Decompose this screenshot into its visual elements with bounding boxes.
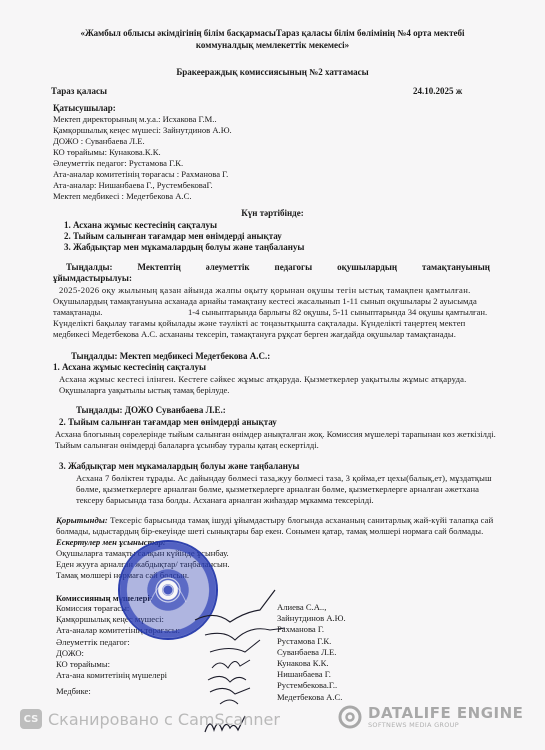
section1-paragraph-line: тамақтанады. <box>53 307 102 318</box>
participant-item: Мектеп директорының м.у.а.: Исхакова Г.М… <box>53 114 232 125</box>
section1-paragraph-line: 2025-2026 оқу жылының қазан айында жалпы… <box>59 285 503 296</box>
heard-word: Тыңдалды: <box>66 262 113 273</box>
datalife-logo-icon <box>338 705 362 729</box>
participant-item: Әлеуметтік педагог: Рустамова Г.К. <box>53 158 232 169</box>
heard-word: Мектептің <box>137 262 180 273</box>
conclusion-label: Қорытынды: <box>56 515 108 525</box>
document-date: 24.10.2025 ж <box>413 86 462 97</box>
organization-name-line2: коммуналдық мемлекеттік мекемесі» <box>0 40 545 51</box>
agenda-item: 3. Жабдықтар мен мұкамалардың болуы және… <box>64 242 304 253</box>
conclusion-text: Тексеріс барысында тамақ ішуді ұйымдасты… <box>108 515 493 525</box>
commission-role: КО төрайымы: <box>56 659 180 670</box>
organization-name-line1: «Жамбыл облысы әкімдігінің білім басқарм… <box>0 28 545 39</box>
section3-paragraph-line: Тыйым салынған өнімдерді балаларға ұсынб… <box>55 440 319 451</box>
heard-word: педагогы <box>275 262 313 273</box>
camscanner-watermark: CS Сканировано с CamScanner <box>20 706 280 732</box>
section1-paragraph-line: 1-4 сыныптарында барлығы 82 оқушы, 5-11 … <box>188 307 487 318</box>
section1-paragraph-line: Оқушылардың тамақтануына асханада арнайы… <box>53 296 477 307</box>
section1-heard-line: Тыңдалды: Мектептің әлеуметтік педагогы … <box>66 262 490 273</box>
camscanner-text: Сканировано с CamScanner <box>48 710 280 729</box>
section4-paragraph-line: Асхана 7 бөліктен тұрады. Ас дайындау бө… <box>76 473 492 484</box>
participant-item: Ата-аналар: Нишанбаева Г., РустембековаГ… <box>53 180 232 191</box>
section3-item-title: 2. Тыйым салынған тағамдар мен өнімдерді… <box>59 417 277 428</box>
section1-paragraph-line: медбикесі Медетбекова А.С. асхананы текс… <box>53 329 456 340</box>
signatures-icon <box>190 580 300 710</box>
commission-role: ДОЖО: <box>56 648 180 659</box>
datalife-engine-watermark: DATALIFE ENGINE SOFTNEWS MEDIA GROUP <box>338 705 523 729</box>
participant-item: Қамқоршылық кеңес мүшесі: Зайнутдинов А.… <box>53 125 232 136</box>
section2-item-title: 1. Асхана жұмыс кестесінің сақталуы <box>53 362 206 373</box>
participant-item: ДОЖО : Суванбаева Л.Е. <box>53 136 232 147</box>
agenda-list: 1. Асхана жұмыс кестесінің сақталуы 2. Т… <box>64 220 304 253</box>
participant-item: Мектеп медбикесі : Медетбекова А.С. <box>53 191 232 202</box>
section2-heard: Тыңдалды: Мектеп медбикесі Медетбекова А… <box>71 351 270 362</box>
section4-paragraph-line: тексеру барысында таза болды. Асханаға а… <box>76 495 374 506</box>
section3-paragraph-line: Асхана блогының сөрелерінде тыйым салынғ… <box>55 429 496 440</box>
participant-item: Ата-аналар комитетінің төрағасы : Рахман… <box>53 169 232 180</box>
section4-item-title: 3. Жабдықтар мен мұкамалардың болуы және… <box>59 461 299 472</box>
section3-heard: Тыңдалды: ДОЖО Суванбаева Л.Е.: <box>76 405 226 416</box>
paragraph-text: 2025-2026 оқу жылының қазан айында жалпы… <box>59 285 471 296</box>
section1-paragraph-line: Күнделікті бақылау тағамы қойылады және … <box>53 318 465 329</box>
camscanner-logo-icon: CS <box>20 709 42 729</box>
participant-item: КО төрайымы: Кунакова.К.К. <box>53 147 232 158</box>
participants-list: Мектеп директорының м.у.а.: Исхакова Г.М… <box>53 114 232 202</box>
heard-word: тамақтануының <box>422 262 490 273</box>
section2-paragraph-line: Оқушыларға уақытылы ыстық тамақ берілуде… <box>59 385 229 396</box>
commission-role: Ата-ана комитетінің мүшелері <box>56 670 180 681</box>
section4-paragraph-line: бөлме, қызметкерлерге арналған бөлме, қы… <box>76 484 479 495</box>
section1-heard-topic: ұйымдастырылуы: <box>53 273 132 284</box>
section2-paragraph-line: Асхана жұмыс кестесі ілінген. Кестеге сә… <box>59 374 467 385</box>
conclusion-line: болмады, ыдыстардың бір-екеуінде шеті сы… <box>56 526 483 537</box>
document-title: Бракеераждық комиссиясының №2 хаттамасы <box>0 67 545 78</box>
conclusion-line: Қорытынды: Тексеріс барысында тамақ ішуд… <box>56 515 493 526</box>
heard-word: оқушылардың <box>337 262 397 273</box>
agenda-item: 2. Тыйым салынған тағамдар мен өнімдерді… <box>64 231 304 242</box>
datalife-title: DATALIFE ENGINE <box>368 705 523 721</box>
commission-role: Медбике: <box>56 686 180 697</box>
datalife-subtitle: SOFTNEWS MEDIA GROUP <box>368 721 523 729</box>
agenda-heading: Күн тәртібінде: <box>0 208 545 219</box>
heard-word: әлеуметтік <box>206 262 250 273</box>
city-label: Тараз қаласы <box>51 86 107 97</box>
agenda-item: 1. Асхана жұмыс кестесінің сақталуы <box>64 220 304 231</box>
scanned-document-page: «Жамбыл облысы әкімдігінің білім басқарм… <box>0 0 545 750</box>
participants-heading: Қатысушылар: <box>53 103 116 114</box>
